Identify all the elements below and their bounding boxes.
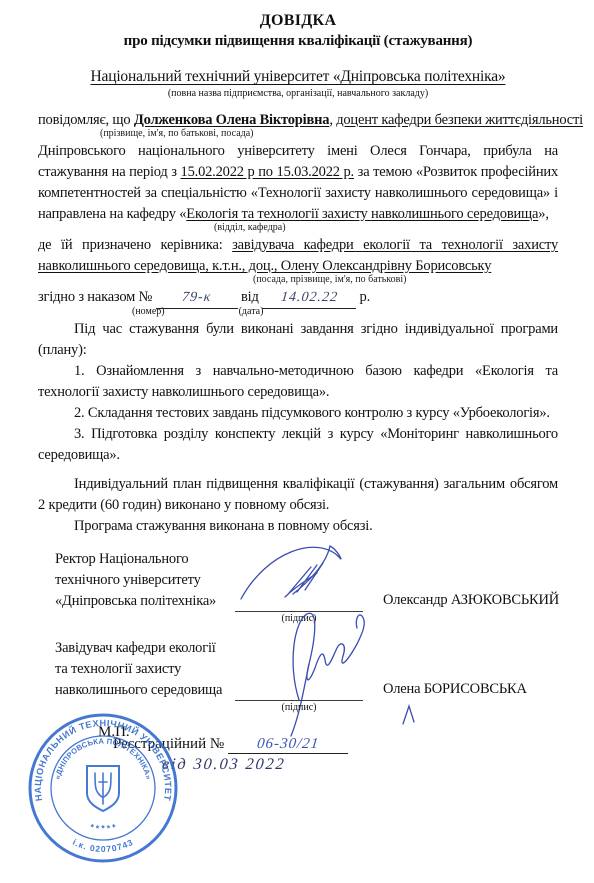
head-title: Завідувач кафедри екології та технології… [55, 638, 255, 701]
task-item-1: 1. Ознайомлення з навчально-методичною б… [38, 361, 558, 403]
summary-paragraph-1: Індивідуальний план підвищення кваліфіка… [38, 474, 558, 516]
head-title-line-1: Завідувач кафедри екології [55, 638, 255, 659]
registration-number-handwritten: 06-30/21 [256, 737, 320, 751]
supervisor-paragraph: де їй призначено керівника: завідувача к… [38, 235, 558, 277]
rector-signature-ink [237, 535, 367, 615]
signature-block-rector: Ректор Національного технічного універси… [38, 549, 558, 612]
supervisor-text: де їй призначено керівника: [38, 237, 232, 253]
document-footer: М.П. Реєстраційний № 06-30/21 від 30.03 … [0, 698, 594, 883]
rector-title-line-3: «Дніпровська політехніка» [55, 591, 255, 612]
stamp-stars: * * * * * [89, 822, 118, 834]
document-subtitle: про підсумки підвищення кваліфікації (ст… [38, 31, 558, 52]
assignment-text-3: », [538, 206, 548, 222]
order-label-3: р. [356, 289, 370, 305]
certificate-document: ДОВІДКА про підсумки підвищення кваліфік… [0, 0, 594, 883]
order-label-1: згідно з наказом № [38, 289, 156, 305]
trident-emblem [87, 766, 119, 811]
rector-title-line-2: технічного університету [55, 570, 255, 591]
registration-number-blank: 06-30/21 [228, 736, 348, 754]
assignment-paragraph: Дніпровського національного університету… [38, 141, 558, 225]
order-date-handwritten: 14.02.22 [280, 291, 338, 305]
order-number-caption: (номер) [132, 306, 165, 317]
training-dates: 15.02.2022 р по 15.03.2022 р. [181, 164, 354, 180]
document-content: ДОВІДКА про підсумки підвищення кваліфік… [0, 0, 594, 701]
order-date-caption: (дата) [239, 306, 264, 317]
rector-title-line-1: Ректор Національного [55, 549, 255, 570]
head-title-line-2: та технології захисту [55, 659, 255, 680]
university-caption: (повна назва підприємства, організації, … [38, 87, 558, 110]
supervisor-caption: (посада, прізвище, ім'я, по батькові) [253, 274, 558, 287]
tasks-intro: Під час стажування були виконані завданн… [38, 319, 558, 361]
head-name: Олена БОРИСОВСЬКА [383, 679, 527, 700]
rector-signature-area: (підпис) [235, 549, 363, 612]
rector-title: Ректор Національного технічного універси… [55, 549, 255, 612]
head-signature-area: (підпис) [235, 638, 363, 701]
order-date-blank: 14.02.22 [262, 287, 356, 309]
order-number-handwritten: 79-к [181, 291, 212, 305]
document-title: ДОВІДКА [38, 10, 558, 31]
trainee-position: доцент кафедри безпеки життєдіяльності [336, 112, 583, 128]
summary-paragraph-2: Програма стажування виконана в повному о… [38, 516, 558, 537]
university-name: Національний технічний університет «Дніп… [38, 66, 558, 87]
university-round-stamp: НАЦІОНАЛЬНИЙ ТЕХНІЧНИЙ УНІВЕРСИТЕТ і.к. … [25, 710, 181, 866]
task-item-2: 2. Складання тестових завдань підсумково… [38, 403, 558, 424]
order-label-2: від [238, 289, 263, 305]
signature-block-head: Завідувач кафедри екології та технології… [38, 638, 558, 701]
trainee-name: Долженкова Олена Вікторівна [134, 112, 329, 128]
task-item-3: 3. Підготовка розділу конспекту лекцій з… [38, 424, 558, 466]
department-name: Екологія та технології захисту навколишн… [186, 206, 538, 222]
intro-lead: повідомляє, що [38, 112, 134, 128]
